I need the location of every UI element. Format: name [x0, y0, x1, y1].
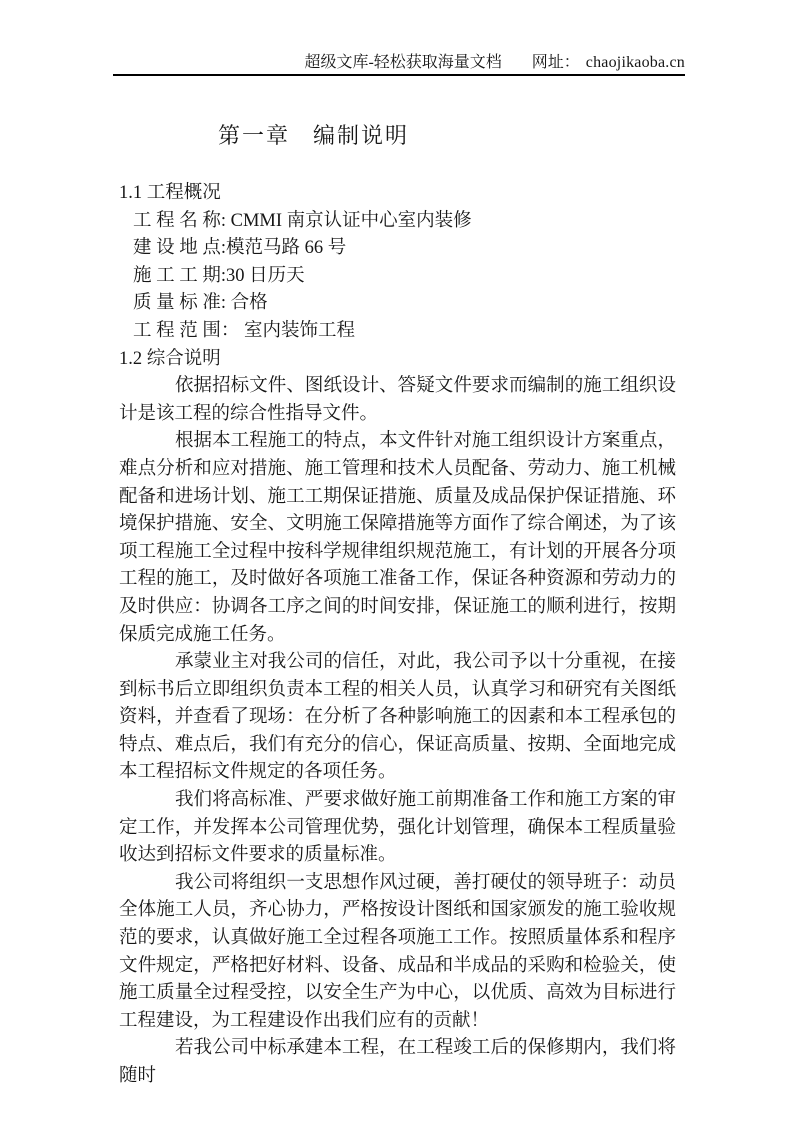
header-divider-rule	[113, 74, 685, 76]
paragraph: 我公司将组织一支思想作风过硬，善打硬仗的领导班子：动员全体施工人员，齐心协力，严…	[119, 870, 676, 1036]
chapter-name: 编制说明	[313, 122, 409, 150]
section-heading-1-2: 1.2 综合说明	[119, 346, 676, 374]
chapter-title: 第一章 编制说明	[218, 122, 409, 150]
page-header: 超级文库-轻松获取海量文档 网址： chaojikaoba.cn	[113, 53, 685, 73]
project-scope-line: 工 程 范 围： 室内装饰工程	[119, 318, 676, 346]
section-heading-1-1: 1.1 工程概况	[119, 180, 676, 208]
header-site-url: chaojikaoba.cn	[586, 53, 685, 73]
header-site-name: 超级文库-轻松获取海量文档	[304, 53, 501, 73]
project-duration-line: 施 工 工 期:30 日历天	[119, 263, 676, 291]
header-url-label: 网址：	[532, 53, 580, 73]
paragraph: 我们将高标准、严要求做好施工前期准备工作和施工方案的审定工作，并发挥本公司管理优…	[119, 787, 676, 870]
document-page: 超级文库-轻松获取海量文档 网址： chaojikaoba.cn 第一章 编制说…	[0, 0, 793, 1122]
paragraph: 承蒙业主对我公司的信任，对此，我公司予以十分重视，在接到标书后立即组织负责本工程…	[119, 649, 676, 787]
project-location-line: 建 设 地 点:模范马路 66 号	[119, 235, 676, 263]
project-name-line: 工 程 名 称: CMMI 南京认证中心室内装修	[119, 208, 676, 236]
chapter-number: 第一章	[218, 122, 290, 150]
document-body: 1.1 工程概况 工 程 名 称: CMMI 南京认证中心室内装修 建 设 地 …	[119, 180, 676, 1091]
paragraph: 若我公司中标承建本工程，在工程竣工后的保修期内，我们将随时	[119, 1035, 676, 1090]
quality-standard-line: 质 量 标 准: 合格	[119, 290, 676, 318]
paragraph: 依据招标文件、图纸设计、答疑文件要求而编制的施工组织设计是该工程的综合性指导文件…	[119, 373, 676, 428]
paragraph: 根据本工程施工的特点，本文件针对施工组织设计方案重点，难点分析和应对措施、施工管…	[119, 428, 676, 649]
